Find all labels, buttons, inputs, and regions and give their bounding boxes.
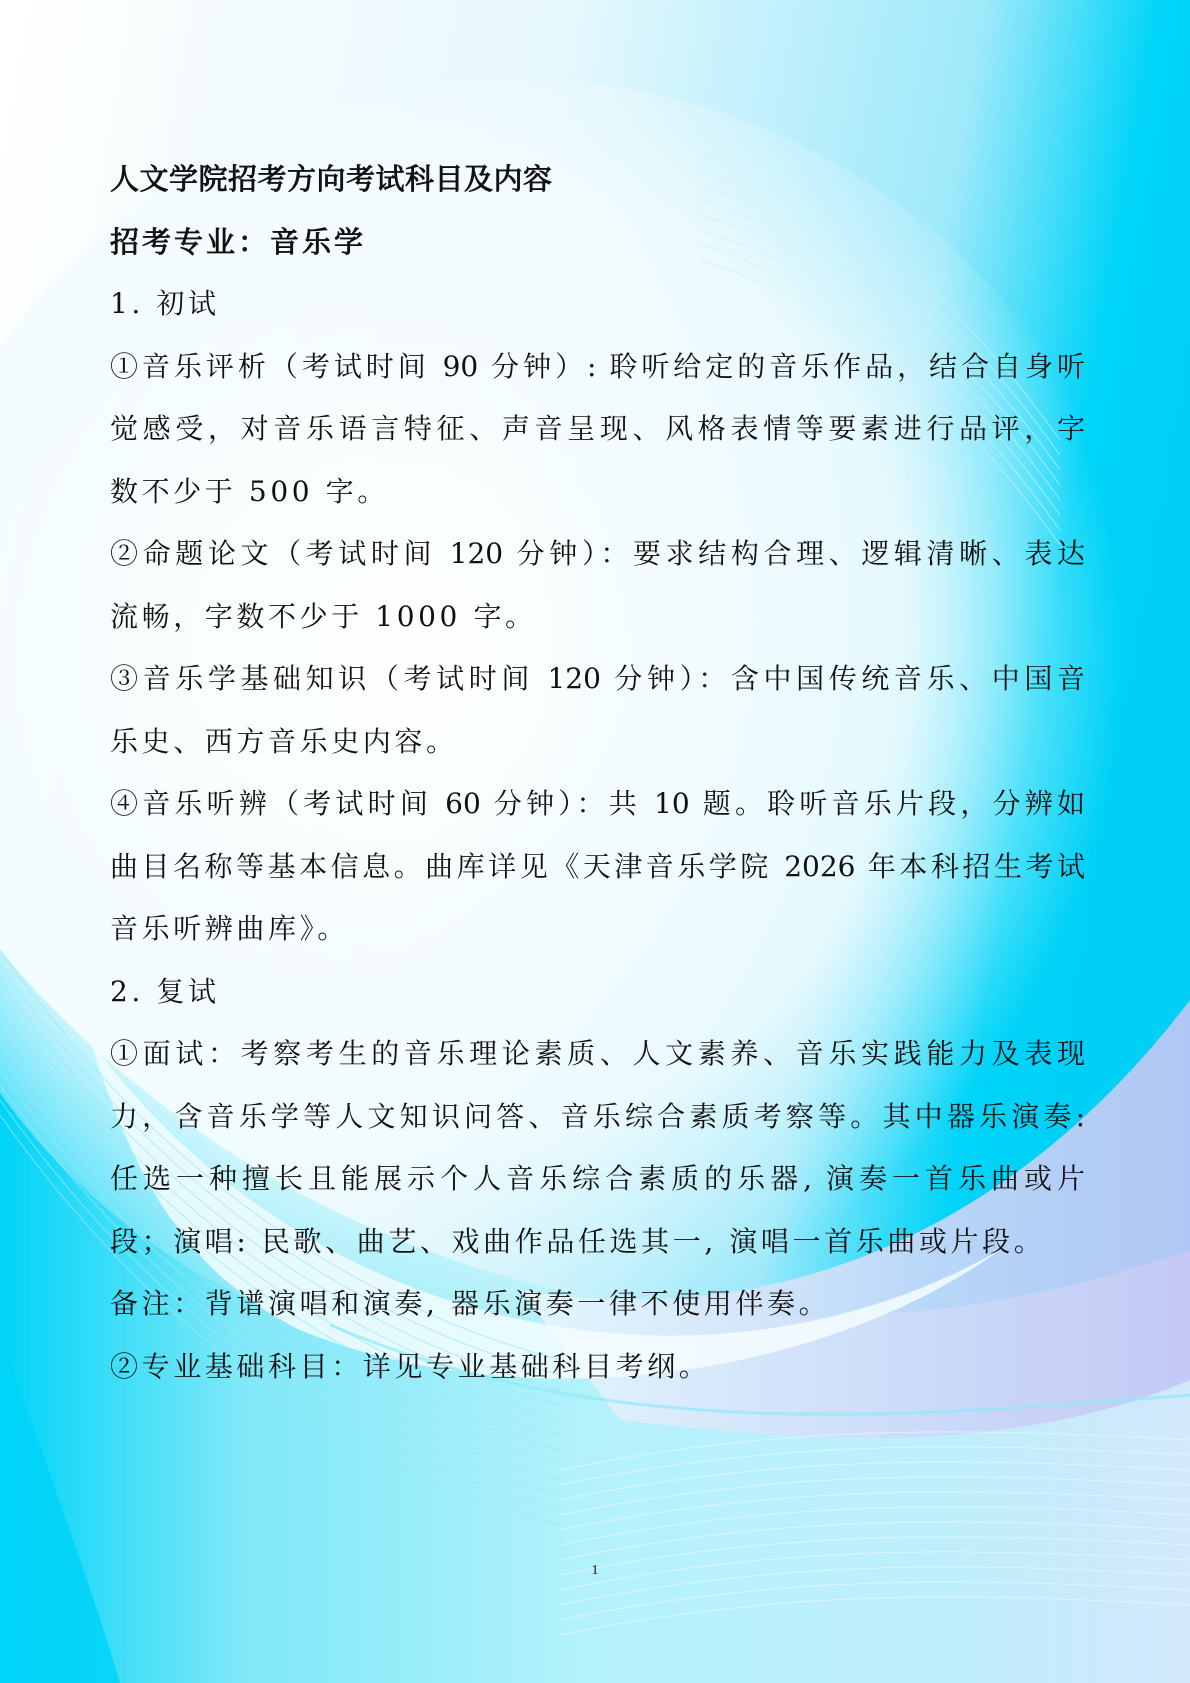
paragraph-line: 任选一种擅长且能展示个人音乐综合素质的乐器, 演奏一首乐曲或片 — [110, 1148, 1085, 1211]
paragraph-line: ①面试：考察考生的音乐理论素质、人文素养、音乐实践能力及表现 — [110, 1023, 1085, 1086]
paragraph-line: 段；演唱: 民歌、曲艺、戏曲作品任选其一, 演唱一首乐曲或片段。 — [110, 1211, 1085, 1274]
major-heading: 招考专业：音乐学 — [110, 211, 1085, 274]
paragraph-line: 音乐听辨曲库》。 — [110, 898, 1085, 961]
paragraph-line: ②专业基础科目：详见专业基础科目考纲。 — [110, 1336, 1085, 1399]
page-number: 1 — [0, 1563, 1190, 1579]
document-title: 人文学院招考方向考试科目及内容 — [110, 148, 1085, 211]
paragraph-line: 乐史、西方音乐史内容。 — [110, 711, 1085, 774]
paragraph-line: 觉感受，对音乐语言特征、声音呈现、风格表情等要素进行品评，字 — [110, 398, 1085, 461]
paragraph-line: ②命题论文（考试时间 120 分钟）：要求结构合理、逻辑清晰、表达 — [110, 523, 1085, 586]
paragraph-line: ①音乐评析（考试时间 90 分钟）: 聆听给定的音乐作品，结合自身听 — [110, 336, 1085, 399]
paragraph-line: ③音乐学基础知识（考试时间 120 分钟）：含中国传统音乐、中国音 — [110, 648, 1085, 711]
paragraph-line: 流畅，字数不少于 1000 字。 — [110, 586, 1085, 649]
paragraph-line: 数不少于 500 字。 — [110, 461, 1085, 524]
note-line: 备注：背谱演唱和演奏, 器乐演奏一律不使用伴奏。 — [110, 1273, 1085, 1336]
paragraph-line: 力，含音乐学等人文知识问答、音乐综合素质考察等。其中器乐演奏: — [110, 1086, 1085, 1149]
document-page: 人文学院招考方向考试科目及内容 招考专业：音乐学 1. 初试 ①音乐评析（考试时… — [110, 148, 1085, 1398]
section-heading-retest: 2. 复试 — [110, 961, 1085, 1024]
paragraph-line: 曲目名称等基本信息。曲库详见《天津音乐学院 2026 年本科招生考试 — [110, 836, 1085, 899]
section-heading-preliminary-exam: 1. 初试 — [110, 273, 1085, 336]
paragraph-line: ④音乐听辨（考试时间 60 分钟）：共 10 题。聆听音乐片段，分辨如 — [110, 773, 1085, 836]
